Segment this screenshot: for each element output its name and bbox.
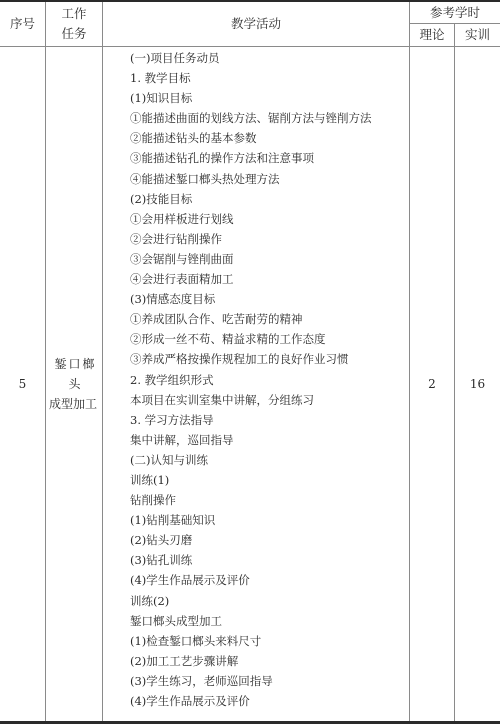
activity-line: 本项目在实训室集中讲解，分组练习 <box>130 390 405 410</box>
activity-line: 2. 教学组织形式 <box>130 370 405 390</box>
header-activity: 教学活动 <box>103 2 409 46</box>
header-seq: 序号 <box>0 2 45 46</box>
activity-line: 集中讲解，巡回指导 <box>130 430 405 450</box>
header-practice-label: 实训 <box>465 25 490 45</box>
row-seq: 5 <box>0 47 45 721</box>
activity-line: (一)项目任务动员 <box>130 48 405 68</box>
activity-line: (二)认知与训练 <box>130 450 405 470</box>
activity-line: (1)知识目标 <box>130 88 405 108</box>
activity-line: (4)学生作品展示及评价 <box>130 691 405 711</box>
header-task-line2: 任务 <box>61 24 86 44</box>
header-ref-hours: 参考学时 <box>410 2 500 23</box>
activity-line: ④会进行表面精加工 <box>130 269 405 289</box>
activity-line: ②形成一丝不苟、精益求精的工作态度 <box>130 329 405 349</box>
header-task: 工作 任务 <box>46 2 102 46</box>
activity-line: (2)技能目标 <box>130 189 405 209</box>
col-divider-2 <box>102 2 103 721</box>
activity-line: (3)情感态度目标 <box>130 289 405 309</box>
activity-line: ①养成团队合作、吃苦耐劳的精神 <box>130 309 405 329</box>
activity-line: ②能描述钻头的基本参数 <box>130 128 405 148</box>
activity-line: 训练(1) <box>130 470 405 490</box>
activity-line: (2)钻头刃磨 <box>130 530 405 550</box>
activity-line: (2)加工工艺步骤讲解 <box>130 651 405 671</box>
activity-line: ①会用样板进行划线 <box>130 209 405 229</box>
row-task: 錾口榔头 成型加工 <box>46 47 102 721</box>
activity-line: (3)钻孔训练 <box>130 550 405 570</box>
activity-line: (4)学生作品展示及评价 <box>130 570 405 590</box>
activity-line: ③会锯削与锉削曲面 <box>130 249 405 269</box>
activity-line: 3. 学习方法指导 <box>130 410 405 430</box>
activity-line: ③能描述钻孔的操作方法和注意事项 <box>130 148 405 168</box>
header-practice: 实训 <box>455 24 500 46</box>
activity-line: (1)钻削基础知识 <box>130 510 405 530</box>
activity-line: 训练(2) <box>130 591 405 611</box>
activity-line: ③养成严格按操作规程加工的良好作业习惯 <box>130 349 405 369</box>
header-ref-hours-label: 参考学时 <box>430 3 480 23</box>
activity-line: ①能描述曲面的划线方法、锯削方法与锉削方法 <box>130 108 405 128</box>
activity-line: (1)检查錾口榔头来料尺寸 <box>130 631 405 651</box>
activity-line: 錾口榔头成型加工 <box>130 611 405 631</box>
row-seq-value: 5 <box>19 374 27 394</box>
row-practice-hours: 16 <box>455 47 500 721</box>
activity-line: 1. 教学目标 <box>130 68 405 88</box>
activity-line: 钻削操作 <box>130 490 405 510</box>
row-practice-hours-value: 16 <box>470 374 485 394</box>
activity-line: ②会进行钻削操作 <box>130 229 405 249</box>
activity-list: (一)项目任务动员 1. 教学目标 (1)知识目标 ①能描述曲面的划线方法、锯削… <box>130 48 405 711</box>
header-activity-label: 教学活动 <box>231 14 281 34</box>
header-theory-label: 理论 <box>419 25 444 45</box>
header-seq-label: 序号 <box>10 14 35 34</box>
activity-line: (3)学生练习，老师巡回指导 <box>130 671 405 691</box>
header-task-line1: 工作 <box>61 4 86 24</box>
row-theory-hours-value: 2 <box>428 374 436 394</box>
teaching-plan-table: 序号 工作 任务 教学活动 参考学时 理论 实训 5 錾口榔头 成型加工 2 1… <box>0 0 500 724</box>
row-task-line1: 錾口榔头 <box>49 354 102 394</box>
row-task-line2: 成型加工 <box>49 394 97 414</box>
header-theory: 理论 <box>410 24 454 46</box>
row-theory-hours: 2 <box>410 47 454 721</box>
activity-line: ④能描述錾口榔头热处理方法 <box>130 169 405 189</box>
